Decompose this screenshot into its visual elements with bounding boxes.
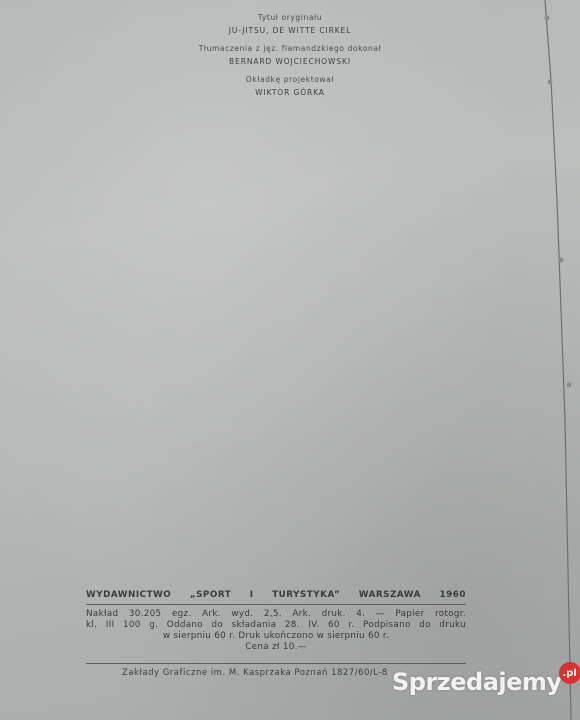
translator-name: BERNARD WOJCIECHOWSKI <box>160 57 420 66</box>
publisher-word: I <box>250 590 254 600</box>
watermark-text: Sprzedajemy <box>392 668 562 696</box>
binding-thread <box>543 0 573 720</box>
publisher-word: TURYSTYKA” <box>272 590 340 600</box>
book-imprint-page: Tytuł oryginału JU-JITSU, DE WITTE CIRKE… <box>0 0 580 720</box>
printer-line: Zakłady Graficzne im. M. Kasprzaka Pozna… <box>122 668 388 678</box>
details-line-1: Nakład 30.205 egz. Ark. wyd. 2,5. Ark. d… <box>86 609 466 620</box>
publisher-line: WYDAWNICTWO „SPORT I TURYSTYKA” WARSZAWA… <box>86 590 466 600</box>
watermark-badge: .pl <box>559 662 580 684</box>
divider <box>86 663 466 664</box>
watermark-logo: Sprzedajemy .pl <box>392 668 580 696</box>
cover-designer-name: WIKTOR GÓRKA <box>160 88 420 97</box>
print-details: Nakład 30.205 egz. Ark. wyd. 2,5. Ark. d… <box>86 609 466 653</box>
publisher-year: 1960 <box>439 590 465 600</box>
divider <box>86 604 466 605</box>
details-line-2: kl. III 100 g. Oddano do składania 28. I… <box>86 620 466 631</box>
price: Cena zł 10.— <box>86 642 466 653</box>
publisher-city: WARSZAWA <box>359 590 421 600</box>
details-line-3: w sierpniu 60 r. Druk ukończono w sierpn… <box>86 631 466 642</box>
publisher-word: „SPORT <box>190 590 231 600</box>
cover-label: Okładkę projektował <box>160 75 420 84</box>
original-title: JU-JITSU, DE WITTE CIRKEL <box>160 26 420 35</box>
original-title-label: Tytuł oryginału <box>160 13 420 22</box>
imprint-block: WYDAWNICTWO „SPORT I TURYSTYKA” WARSZAWA… <box>86 590 466 653</box>
credits-block: Tytuł oryginału JU-JITSU, DE WITTE CIRKE… <box>160 10 420 106</box>
translation-label: Tłumaczenia z jęz. flamandzkiego dokonał <box>160 44 420 53</box>
publisher-word: WYDAWNICTWO <box>86 590 171 600</box>
